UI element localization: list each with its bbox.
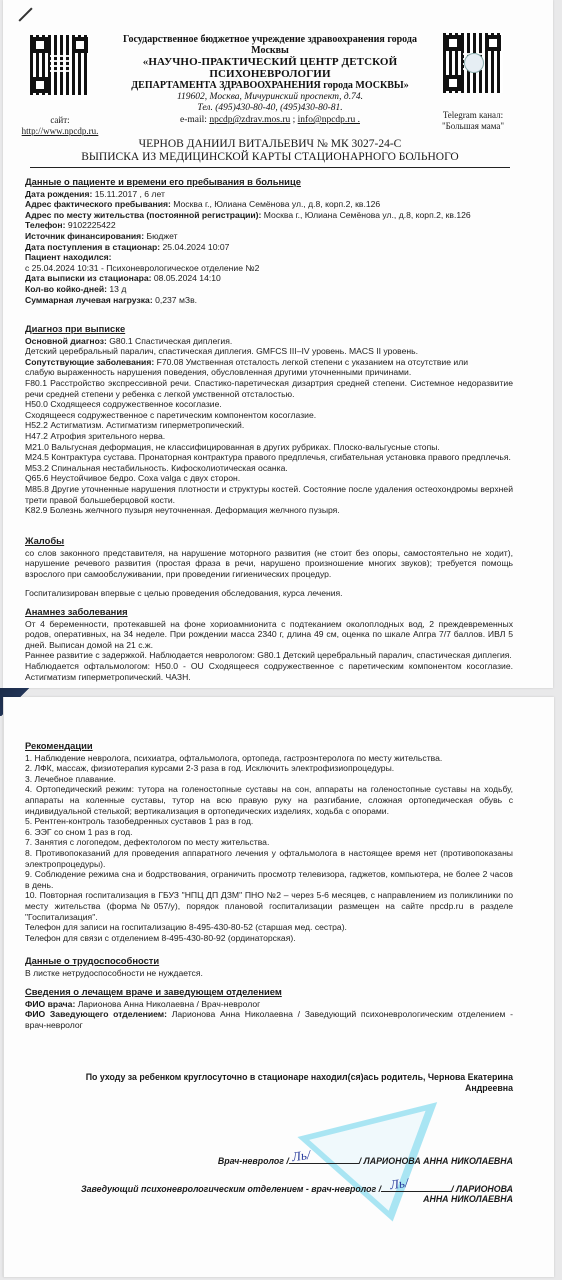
qr-left-caption: сайт: http://www.npcdp.ru. xyxy=(18,115,102,137)
website-link[interactable]: http://www.npcdp.ru. xyxy=(18,126,102,137)
complaints-section: Жалобы со слов законного представителя, … xyxy=(25,536,513,599)
work-capacity-text: В листке нетрудоспособности не нуждается… xyxy=(25,968,513,979)
complaints-text: со слов законного представителя, на нару… xyxy=(25,548,513,580)
diagnosis-item: M24.5 Контрактура сустава. Пронаторная к… xyxy=(25,452,513,463)
diagnosis-section: Диагноз при выписке Основной диагноз: G8… xyxy=(25,324,513,516)
field-label: Пациент находился: xyxy=(25,252,112,262)
field-value: Москва г., Юлиана Семёнова ул., д.8, кор… xyxy=(171,199,380,209)
diagnosis-item: H50.0 Сходящееся содружественное косогла… xyxy=(25,399,513,410)
diagnosis-item: F80.1 Расстройство экспрессивной речи. С… xyxy=(25,378,513,399)
recommendation-item: 8. Противопоказаний для проведения аппар… xyxy=(25,848,513,869)
patient-record-number: ЧЕРНОВ ДАНИИЛ ВИТАЛЬЕВИЧ № МК 3027-24-С xyxy=(30,138,510,151)
diagnosis-item: M21.0 Вальгусная деформация, не классифи… xyxy=(25,442,513,453)
recommendation-item: 7. Занятия с логопедом, дефектологом по … xyxy=(25,837,513,848)
patient-field: Кол-во койко-дней: 13 д xyxy=(25,284,513,295)
patient-field: Дата выписки из стационара: 08.05.2024 1… xyxy=(25,273,513,284)
field-label: Телефон: xyxy=(25,220,65,230)
patient-section: Данные о пациенте и времени его пребыван… xyxy=(25,177,513,305)
concomitant-diagnosis: Сопутствующие заболевания: F70.08 Умстве… xyxy=(25,357,513,368)
head-signature-name-2: АННА НИКОЛАЕВНА xyxy=(423,1194,513,1204)
qr-left-label: сайт: xyxy=(18,115,102,126)
recommendation-item: 9. Соблюдение режима сна и бодрствования… xyxy=(25,869,513,890)
field-label: Суммарная лучевая нагрузка: xyxy=(25,295,153,305)
field-label: Дата выписки из стационара: xyxy=(25,273,152,283)
recommendation-item: 2. ЛФК, массаж, физиотерапия курсами 2-3… xyxy=(25,763,513,774)
qr-code-telegram-icon xyxy=(443,33,503,93)
patient-field: Пациент находился: xyxy=(25,252,513,263)
patient-heading: Данные о пациенте и времени его пребыван… xyxy=(25,177,513,188)
field-value: с 25.04.2024 10:31 - Психоневрологическо… xyxy=(25,263,259,273)
anamnesis-heading: Анамнез заболевания xyxy=(25,607,513,618)
diagnosis-heading: Диагноз при выписке xyxy=(25,324,513,335)
organization-header: Государственное бюджетное учреждение здр… xyxy=(110,34,430,126)
head-signature-name: / ЛАРИОНОВА xyxy=(451,1184,513,1194)
recommendation-item: 5. Рентген-контроль тазобедренных сустав… xyxy=(25,816,513,827)
anamnesis-paragraph-1: От 4 беременности, протекавшей на фоне х… xyxy=(25,619,513,651)
main-diagnosis: Основной диагноз: G80.1 Спастическая дип… xyxy=(25,336,513,347)
org-phones: Тел. (495)430-80-40, (495)430-80-81. xyxy=(110,103,430,114)
recommendations-section: Рекомендации 1. Наблюдение невролога, пс… xyxy=(25,741,513,943)
diagnosis-item: M85.8 Другие уточненные нарушения плотно… xyxy=(25,484,513,505)
telegram-logo-icon xyxy=(464,53,484,73)
org-line-3: ПСИХОНЕВРОЛОГИИ xyxy=(110,68,430,80)
department-phone: Телефон для связи с отделением 8-495-430… xyxy=(25,933,513,944)
org-email: e-mail: npcdp@zdrav.mos.ru ; info@npcdp.… xyxy=(110,114,430,126)
recommendation-item: 10. Повторная госпитализация в ГБУЗ "НПЦ… xyxy=(25,890,513,922)
concomitant-value: F70.08 Умственная отсталость легкой степ… xyxy=(154,357,468,367)
document-title: ЧЕРНОВ ДАНИИЛ ВИТАЛЬЕВИЧ № МК 3027-24-С … xyxy=(30,138,510,168)
field-value: 13 д xyxy=(107,284,126,294)
patient-field: с 25.04.2024 10:31 - Психоневрологическо… xyxy=(25,263,513,274)
patient-field: Дата поступления в стационар: 25.04.2024… xyxy=(25,242,513,253)
complaints-heading: Жалобы xyxy=(25,536,513,547)
doctors-section: Сведения о лечащем враче и заведующем от… xyxy=(25,987,513,1030)
field-value: 15.11.2017 , 6 лет xyxy=(92,189,165,199)
diagnosis-item: слабую выраженность нарушения поведения,… xyxy=(25,367,513,378)
org-line-1: Государственное бюджетное учреждение здр… xyxy=(110,34,430,45)
recommendation-item: 6. ЭЭГ со сном 1 раз в год. xyxy=(25,827,513,838)
recommendation-item: 3. Лечебное плавание. xyxy=(25,774,513,785)
diagnosis-item: H47.2 Атрофия зрительного нерва. xyxy=(25,431,513,442)
diagnosis-item: M53.2 Спинальная нестабильность. Кифоско… xyxy=(25,463,513,474)
department-head: ФИО Заведующего отделением: Ларионова Ан… xyxy=(25,1009,513,1030)
pen-mark xyxy=(18,7,32,21)
email-link-1[interactable]: npcdp@zdrav.mos.ru xyxy=(209,115,290,125)
field-value: 0,237 мЗв. xyxy=(153,295,197,305)
attending-doctor: ФИО врача: Ларионова Анна Николаевна / В… xyxy=(25,999,513,1010)
hospitalization-phone: Телефон для записи на госпитализацию 8-4… xyxy=(25,922,513,933)
field-label: Дата рождения: xyxy=(25,189,92,199)
head-role: Заведующий психоневрологическим отделени… xyxy=(81,1184,381,1194)
work-capacity-heading: Данные о трудоспособности xyxy=(25,956,513,967)
diagnosis-detail: Детский церебральный паралич, спастическ… xyxy=(25,346,513,357)
doctor-role: Врач-невролог / xyxy=(218,1156,289,1166)
main-diagnosis-value: G80.1 Спастическая диплегия. xyxy=(107,336,232,346)
head-label: ФИО Заведующего отделением: xyxy=(25,1009,167,1019)
diagnosis-item: K82.9 Болезнь желчного пузыря неуточненн… xyxy=(25,505,513,516)
anamnesis-paragraph-2: Раннее развитие с задержкой. Наблюдается… xyxy=(25,650,513,661)
doctor-signature-line: Врач-невролог // ЛАРИОНОВА АННА НИКОЛАЕВ… xyxy=(218,1155,513,1167)
recommendations-heading: Рекомендации xyxy=(25,741,513,752)
concomitant-label: Сопутствующие заболевания: xyxy=(25,357,154,367)
diagnosis-list: слабую выраженность нарушения поведения,… xyxy=(25,367,513,515)
doctor-label: ФИО врача: xyxy=(25,999,75,1009)
diagnosis-item: Q65.6 Неустойчивое бедро. Coxa valga с д… xyxy=(25,473,513,484)
org-line-2: «НАУЧНО-ПРАКТИЧЕСКИЙ ЦЕНТР ДЕТСКОЙ xyxy=(110,56,430,68)
patient-field: Источник финансирования: Бюджет xyxy=(25,231,513,242)
field-value: Бюджет xyxy=(144,231,177,241)
field-value: 9102225422 xyxy=(65,220,115,230)
patient-field: Суммарная лучевая нагрузка: 0,237 мЗв. xyxy=(25,295,513,306)
field-value: 25.04.2024 10:07 xyxy=(160,242,229,252)
recommendations-list: 1. Наблюдение невролога, психиатра, офта… xyxy=(25,753,513,923)
org-line-4: ДЕПАРТАМЕНТА ЗДРАВООХРАНЕНИЯ города МОСК… xyxy=(110,80,430,92)
work-capacity-section: Данные о трудоспособности В листке нетру… xyxy=(25,956,513,978)
caregiver-note: По уходу за ребенком круглосуточно в ста… xyxy=(50,1072,513,1094)
anamnesis-paragraph-3: Наблюдается офтальмологом: H50.0 - OU Сх… xyxy=(25,661,513,682)
field-label: Источник финансирования: xyxy=(25,231,144,241)
doctor-value: Ларионова Анна Николаевна / Врач-невроло… xyxy=(75,999,260,1009)
org-address: 119602, Москва, Мичуринский проспект, д.… xyxy=(110,92,430,103)
diagnosis-item: H52.2 Астигматизм. Астигматизм гиперметр… xyxy=(25,420,513,431)
telegram-channel-name: "Большая мама" xyxy=(425,121,521,132)
caregiver-line-1: По уходу за ребенком круглосуточно в ста… xyxy=(50,1072,513,1083)
doctors-heading: Сведения о лечащем враче и заведующем от… xyxy=(25,987,513,998)
email-separator: ; xyxy=(290,115,297,125)
head-signature: Ль/ xyxy=(389,1175,409,1193)
recommendation-item: 4. Ортопедический режим: тутора на голен… xyxy=(25,784,513,816)
telegram-label: Telegram канал: xyxy=(425,110,521,121)
patient-fields: Дата рождения: 15.11.2017 , 6 летАдрес ф… xyxy=(25,189,513,306)
patient-field: Дата рождения: 15.11.2017 , 6 лет xyxy=(25,189,513,200)
field-label: Адрес по месту жительства (постоянной ре… xyxy=(25,210,261,220)
patient-field: Телефон: 9102225422 xyxy=(25,220,513,231)
org-line-1b: Москвы xyxy=(110,45,430,56)
diagnosis-item: Сходящееся содружественное с паретически… xyxy=(25,410,513,421)
qr-right-caption: Telegram канал: "Большая мама" xyxy=(425,110,521,132)
qr-code-website-icon xyxy=(30,35,90,95)
field-value: 08.05.2024 14:10 xyxy=(152,273,221,283)
head-signature-name-line-2: АННА НИКОЛАЕВНА xyxy=(423,1194,513,1205)
email-link-2[interactable]: info@npcdp.ru . xyxy=(298,115,360,125)
patient-field: Адрес фактического пребывания: Москва г.… xyxy=(25,199,513,210)
anamnesis-section: Анамнез заболевания От 4 беременности, п… xyxy=(25,607,513,682)
patient-field: Адрес по месту жительства (постоянной ре… xyxy=(25,210,513,221)
recommendation-item: 1. Наблюдение невролога, психиатра, офта… xyxy=(25,753,513,764)
caregiver-line-2: Андреевна xyxy=(50,1083,513,1094)
main-diagnosis-label: Основной диагноз: xyxy=(25,336,107,346)
email-label: e-mail: xyxy=(180,115,209,125)
field-label: Адрес фактического пребывания: xyxy=(25,199,171,209)
field-label: Дата поступления в стационар: xyxy=(25,242,160,252)
field-label: Кол-во койко-дней: xyxy=(25,284,107,294)
field-value: Москва г., Юлиана Семёнова ул., д.8, кор… xyxy=(261,210,470,220)
doctor-signature: Ль/ xyxy=(291,1147,311,1165)
doctor-signature-name: / ЛАРИОНОВА АННА НИКОЛАЕВНА xyxy=(359,1156,513,1166)
document-type: ВЫПИСКА ИЗ МЕДИЦИНСКОЙ КАРТЫ СТАЦИОНАРНО… xyxy=(30,151,510,164)
hospitalization-note: Госпитализирован впервые с целью проведе… xyxy=(25,588,513,599)
